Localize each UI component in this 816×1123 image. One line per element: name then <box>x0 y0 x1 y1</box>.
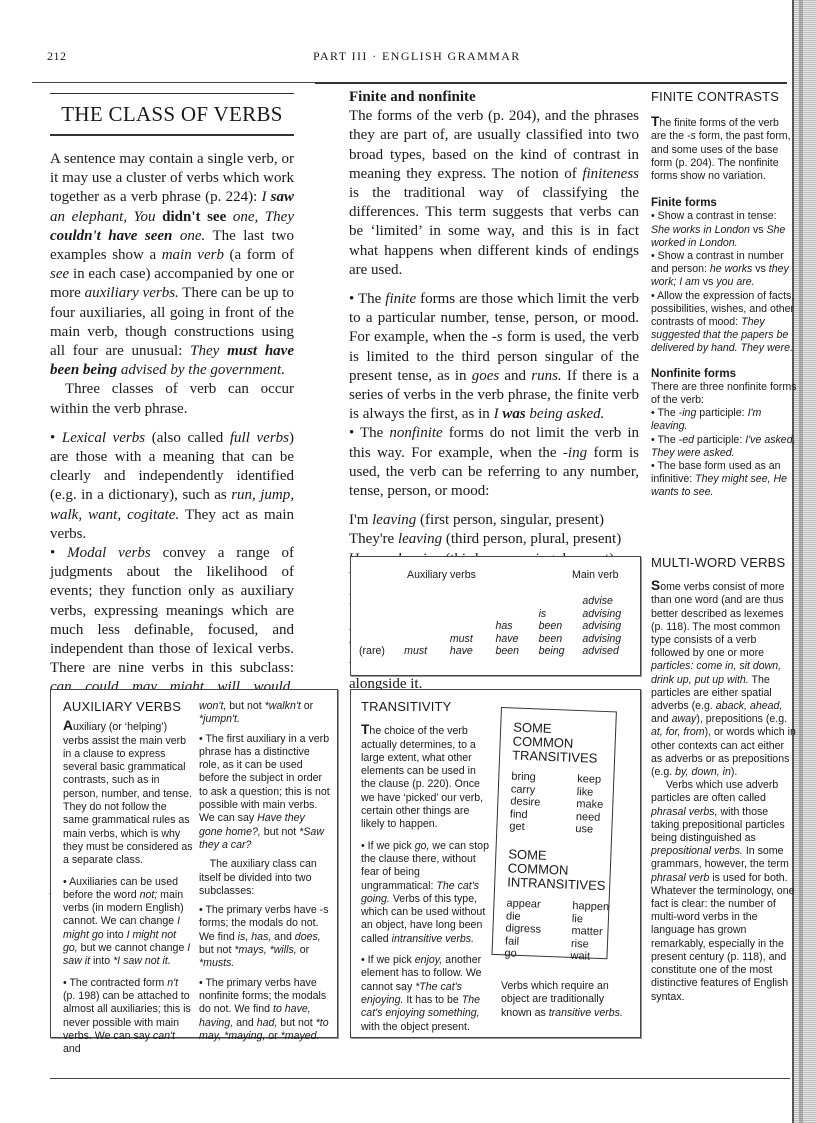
sidebar-title: MULTI-WORD VERBS <box>651 556 797 569</box>
verb-list-card: SOME COMMON TRANSITIVES bringcarrydesire… <box>491 707 616 959</box>
table-cell <box>535 595 579 608</box>
text-item: • The base form used as an infinitive: T… <box>651 460 797 500</box>
running-title: PART III · ENGLISH GRAMMAR <box>313 49 521 64</box>
finite-intro-paragraph: The forms of the verb (p. 204), and the … <box>349 107 639 280</box>
text-item: won't, but not *walkn't or *jumpn't. <box>199 700 331 727</box>
title-rule-top <box>50 93 294 94</box>
multi-word-paragraph-1: Some verbs consist of more than one word… <box>651 579 797 779</box>
header-rule-right <box>315 82 787 84</box>
table-cell: is <box>535 608 579 621</box>
aux-box-col-b-text: won't, but not *walkn't or *jumpn't.• Th… <box>199 700 331 1043</box>
aux-box-col-a: AUXILIARY VERBS Auxiliary (or ‘helping’)… <box>63 700 193 1056</box>
table-row: (rare)musthavebeenbeingadvised <box>355 645 640 658</box>
table-cell: been <box>535 620 579 633</box>
verb-phrase-table: adviseisadvisinghasbeenadvisingmusthaveb… <box>355 595 640 658</box>
text-item: • If we pick go, we can stop the clause … <box>361 840 493 946</box>
table-cell <box>492 608 535 621</box>
table-cell: been <box>492 645 535 658</box>
article-title: THE CLASS OF VERBS <box>50 102 294 127</box>
finite-contrasts-intro: The finite forms of the verb are the -s … <box>651 115 797 183</box>
text-item: • The primary verbs have nonfinite forms… <box>199 977 331 1043</box>
intransitives-grid: appeardiedigressfailgo happenliematterri… <box>504 897 598 963</box>
finite-forms-heading: Finite forms <box>651 197 797 210</box>
text-item: Auxiliary (or ‘helping’) verbs assist th… <box>63 719 193 867</box>
intransitives-col-1: appeardiedigressfailgo <box>504 897 572 962</box>
aux-box-col-a-text: Auxiliary (or ‘helping’) verbs assist th… <box>63 719 193 1056</box>
finite-contrasts-sidebar: FINITE CONTRASTS The finite forms of the… <box>651 90 797 500</box>
aux-box-title: AUXILIARY VERBS <box>63 700 193 713</box>
multi-word-paragraph-2: Verbs which use adverb particles are oft… <box>651 779 797 1003</box>
verb-word: wait <box>570 950 630 965</box>
table-cell <box>400 595 446 608</box>
section-heading: Finite and nonfinite <box>349 88 639 107</box>
verb-word: use <box>575 823 635 838</box>
transitives-col-1: bringcarrydesirefindget <box>509 770 577 835</box>
text-item: They're leaving (third person, plural, p… <box>349 530 639 549</box>
verb-phrase-table-box: Auxiliary verbs Main verb adviseisadvisi… <box>350 556 641 676</box>
table-cell: have <box>492 633 535 646</box>
transitivity-text: TRANSITIVITY The choice of the verb actu… <box>361 700 493 1034</box>
auxiliary-verbs-header: Auxiliary verbs <box>407 569 476 581</box>
footer-rule <box>50 1078 790 1079</box>
intro-paragraph: A sentence may contain a single verb, or… <box>50 150 294 380</box>
page-number: 212 <box>47 49 67 64</box>
main-verb-header: Main verb <box>572 569 619 581</box>
nonfinite-forms-list: • The -ing participle: I'm leaving.• The… <box>651 407 797 499</box>
text-item: The choice of the verb actually determin… <box>361 723 493 831</box>
table-cell: advising <box>578 608 640 621</box>
bullet-lexical-verbs: • Lexical verbs (also called full verbs)… <box>50 429 294 544</box>
table-cell <box>492 595 535 608</box>
table-cell: advised <box>578 645 640 658</box>
text-item: • If we pick enjoy, another element has … <box>361 954 493 1034</box>
table-cell <box>446 608 492 621</box>
table-cell <box>446 620 492 633</box>
text-item: • The -ed participle: I've asked, They w… <box>651 434 797 460</box>
table-cell: been <box>535 633 579 646</box>
table-cell: advising <box>578 620 640 633</box>
text-item: The auxiliary class can itself be divide… <box>199 858 331 898</box>
text-item: • Auxiliaries can be used before the wor… <box>63 876 193 969</box>
table-row: isadvising <box>355 608 640 621</box>
text-item: • The -ing participle: I'm leaving. <box>651 407 797 433</box>
verb-word: get <box>509 821 575 836</box>
table-row: advise <box>355 595 640 608</box>
finite-forms-list: • Show a contrast in tense: She works in… <box>651 210 797 355</box>
auxiliary-verbs-box: AUXILIARY VERBS Auxiliary (or ‘helping’)… <box>50 689 338 1038</box>
transitivity-paragraphs: The choice of the verb actually determin… <box>361 723 493 1034</box>
table-cell: must <box>400 645 446 658</box>
text-item: • The first auxiliary in a verb phrase h… <box>199 733 331 853</box>
transitives-col-2: keeplikemakeneeduse <box>575 773 637 838</box>
table-cell: have <box>446 645 492 658</box>
title-rule-bottom <box>50 134 294 136</box>
transitivity-title: TRANSITIVITY <box>361 700 493 713</box>
text-item: • Show a contrast in number and person: … <box>651 250 797 290</box>
bullet-nonfinite: • The nonfinite forms do not limit the v… <box>349 424 639 501</box>
table-cell: has <box>492 620 535 633</box>
table-row: musthavebeenadvising <box>355 633 640 646</box>
multi-word-verbs-sidebar: MULTI-WORD VERBS Some verbs consist of m… <box>651 556 797 1004</box>
transitives-grid: bringcarrydesirefindget keeplikemakeneed… <box>509 770 603 836</box>
sidebar-title: FINITE CONTRASTS <box>651 90 797 103</box>
bullet-finite: • The finite forms are those which limit… <box>349 290 639 424</box>
table-cell: (rare) <box>355 645 400 658</box>
table-cell <box>355 595 400 608</box>
nonfinite-intro: There are three nonfinite forms of the v… <box>651 381 797 407</box>
text-item: • The contracted form n't (p. 198) can b… <box>63 977 193 1057</box>
text-item: • Allow the expression of facts, possibi… <box>651 290 797 356</box>
table-cell <box>355 608 400 621</box>
transitives-title: SOME COMMON TRANSITIVES <box>512 720 606 766</box>
table-cell: must <box>446 633 492 646</box>
text-item: I'm leaving (first person, singular, pre… <box>349 511 639 530</box>
intransitives-col-2: happenliematterrisewait <box>570 900 632 965</box>
table-cell <box>446 595 492 608</box>
table-row: hasbeenadvising <box>355 620 640 633</box>
table-cell <box>400 633 446 646</box>
table-cell: advise <box>578 595 640 608</box>
table-cell <box>355 633 400 646</box>
table-cell <box>400 608 446 621</box>
table-cell <box>400 620 446 633</box>
verb-word: go <box>504 948 570 963</box>
nonfinite-forms-heading: Nonfinite forms <box>651 368 797 381</box>
transitive-note: Verbs which require an object are tradit… <box>501 980 633 1020</box>
intro-paragraph-2: Three classes of verb can occur within t… <box>50 380 294 418</box>
text-item: • The primary verbs have -s forms; the m… <box>199 904 331 970</box>
table-cell <box>355 620 400 633</box>
transitivity-box: TRANSITIVITY The choice of the verb actu… <box>350 689 641 1038</box>
table-cell: advising <box>578 633 640 646</box>
intransitives-title: SOME COMMON INTRANSITIVES <box>507 847 601 893</box>
table-cell: being <box>535 645 579 658</box>
text-item: • Show a contrast in tense: She works in… <box>651 210 797 250</box>
aux-box-col-b: won't, but not *walkn't or *jumpn't.• Th… <box>199 700 331 1043</box>
